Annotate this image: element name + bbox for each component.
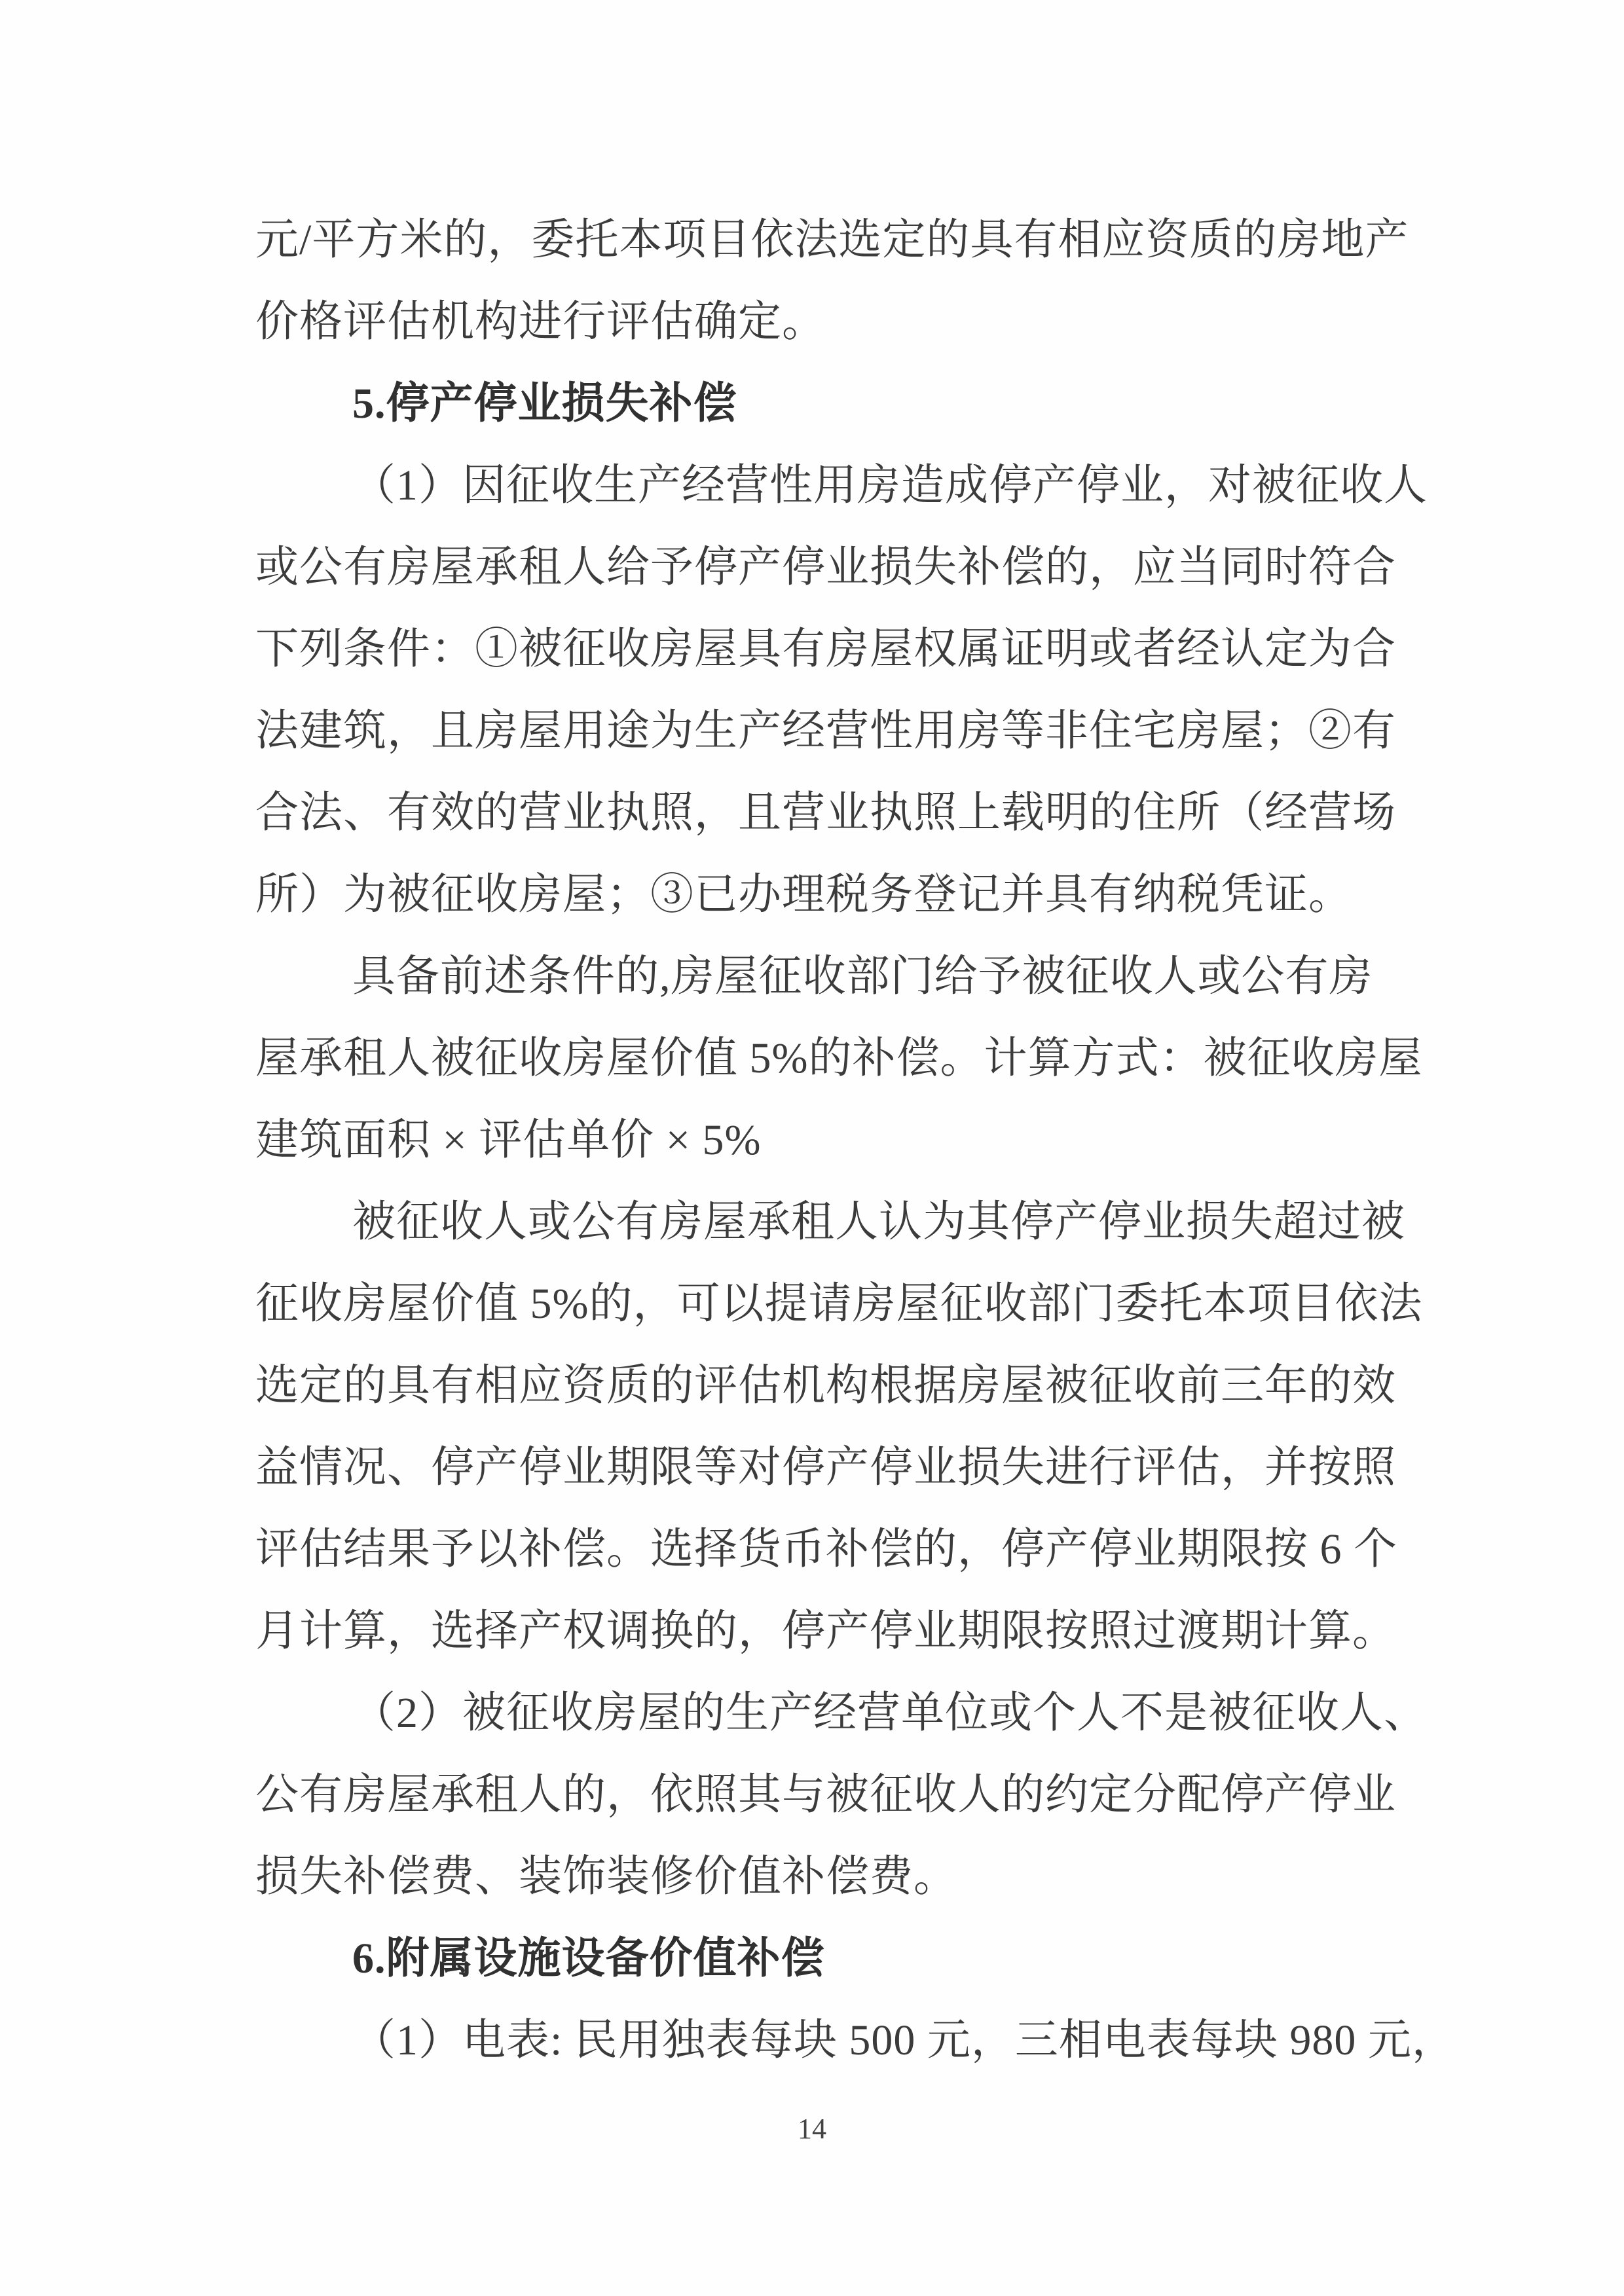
text-line: （1）电表: 民用独表每块 500 元，三相电表每块 980 元， [255,1999,1385,2081]
text-line: 损失补偿费、装饰装修价值补偿费。 [255,1836,1385,1918]
document-body: 元/平方米的，委托本项目依法选定的具有相应资质的房地产价格评估机构进行评估确定。… [255,199,1385,2081]
text-line: 建筑面积 × 评估单价 × 5% [255,1099,1385,1181]
text-line: 具备前述条件的,房屋征收部门给予被征收人或公有房 [255,936,1385,1017]
text-line: 征收房屋价值 5%的，可以提请房屋征收部门委托本项目依法 [255,1263,1385,1345]
heading-line: 6.附属设施设备价值补偿 [255,1918,1385,1999]
text-line: 法建筑，且房屋用途为生产经营性用房等非住宅房屋；②有 [255,690,1385,772]
heading-line: 5.停产停业损失补偿 [255,363,1385,445]
text-line: 评估结果予以补偿。选择货币补偿的，停产停业期限按 6 个 [255,1508,1385,1590]
text-line: 选定的具有相应资质的评估机构根据房屋被征收前三年的效 [255,1345,1385,1427]
text-line: （1）因征收生产经营性用房造成停产停业，对被征收人 [255,445,1385,526]
document-page: 元/平方米的，委托本项目依法选定的具有相应资质的房地产价格评估机构进行评估确定。… [0,0,1624,2296]
text-line: 屋承租人被征收房屋价值 5%的补偿。计算方式：被征收房屋 [255,1017,1385,1099]
text-line: 月计算，选择产权调换的，停产停业期限按照过渡期计算。 [255,1590,1385,1672]
text-line: 价格评估机构进行评估确定。 [255,281,1385,363]
text-line: 被征收人或公有房屋承租人认为其停产停业损失超过被 [255,1181,1385,1263]
text-line: 或公有房屋承租人给予停产停业损失补偿的，应当同时符合 [255,526,1385,608]
text-line: 合法、有效的营业执照，且营业执照上载明的住所（经营场 [255,772,1385,854]
text-line: 所）为被征收房屋；③已办理税务登记并具有纳税凭证。 [255,854,1385,936]
text-line: 下列条件：①被征收房屋具有房屋权属证明或者经认定为合 [255,608,1385,690]
text-line: 公有房屋承租人的，依照其与被征收人的约定分配停产停业 [255,1754,1385,1836]
text-line: （2）被征收房屋的生产经营单位或个人不是被征收人、 [255,1672,1385,1754]
page-number: 14 [0,2109,1624,2149]
text-line: 元/平方米的，委托本项目依法选定的具有相应资质的房地产 [255,199,1385,281]
text-line: 益情况、停产停业期限等对停产停业损失进行评估，并按照 [255,1427,1385,1508]
